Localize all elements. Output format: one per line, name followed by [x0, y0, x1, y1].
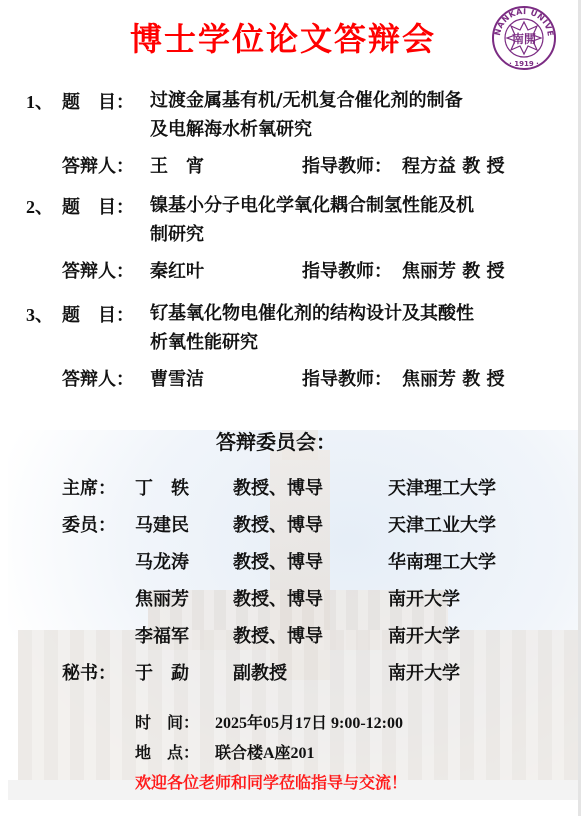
- poster-page: 博士学位论文答辩会 NANKAI UNIVERSITY · 1919 · 南開 …: [0, 0, 578, 816]
- member-name: 于 勐: [135, 659, 189, 685]
- welcome-message: 欢迎各位老师和同学莅临指导与交流！: [135, 770, 407, 793]
- member-org: 华南理工大学: [388, 548, 496, 574]
- member-title: 教授、博导: [233, 474, 323, 500]
- member-title: 教授、博导: [233, 585, 323, 611]
- topic-line-2: 制研究: [150, 220, 540, 249]
- member-org: 天津理工大学: [388, 474, 496, 500]
- time-label: 时 间：: [135, 710, 215, 733]
- advisor-name: 程方益 教 授: [402, 152, 505, 178]
- topic-line-2: 及电解海水析氧研究: [150, 115, 540, 144]
- topic-line-1: 镍基小分子电化学氧化耦合制氢性能及机: [150, 191, 540, 220]
- member-org: 天津工业大学: [388, 511, 496, 537]
- member-title: 教授、博导: [233, 622, 323, 648]
- advisor-label: 指导教师：: [302, 257, 392, 283]
- place-label: 地 点：: [135, 740, 215, 763]
- thesis-number: 1、: [26, 88, 53, 114]
- member-name: 焦丽芳: [135, 585, 189, 611]
- page-title: 博士学位论文答辩会: [130, 14, 436, 60]
- thesis-number: 2、: [26, 193, 53, 219]
- topic-label: 题 目：: [62, 301, 134, 327]
- defender-name: 王 宵: [150, 152, 204, 178]
- member-role: 秘书：: [62, 659, 116, 685]
- poster-content: 博士学位论文答辩会 NANKAI UNIVERSITY · 1919 · 南開 …: [0, 0, 578, 816]
- place-value: 联合楼A座201: [215, 740, 315, 763]
- member-name: 丁 轶: [135, 474, 189, 500]
- defender-label: 答辩人：: [62, 152, 134, 178]
- defender-label: 答辩人：: [62, 365, 134, 391]
- svg-text:· 1919 ·: · 1919 ·: [509, 60, 539, 68]
- defender-label: 答辩人：: [62, 257, 134, 283]
- member-org: 南开大学: [388, 659, 460, 685]
- svg-text:南開: 南開: [512, 31, 536, 46]
- advisor-name: 焦丽芳 教 授: [402, 365, 505, 391]
- topic-line-2: 析氧性能研究: [150, 328, 540, 357]
- member-title: 教授、博导: [233, 548, 323, 574]
- advisor-label: 指导教师：: [302, 365, 392, 391]
- topic-label: 题 目：: [62, 193, 134, 219]
- advisor-label: 指导教师：: [302, 152, 392, 178]
- advisor-name: 焦丽芳 教 授: [402, 257, 505, 283]
- member-name: 马建民: [135, 511, 189, 537]
- topic-line-1: 钌基氧化物电催化剂的结构设计及其酸性: [150, 299, 540, 328]
- member-role: 委员：: [62, 511, 116, 537]
- thesis-topic: 钌基氧化物电催化剂的结构设计及其酸性 析氧性能研究: [150, 299, 540, 357]
- thesis-number: 3、: [26, 301, 53, 327]
- member-title: 教授、博导: [233, 511, 323, 537]
- member-org: 南开大学: [388, 622, 460, 648]
- member-name: 李福军: [135, 622, 189, 648]
- time-value: 2025年05月17日 9:00-12:00: [215, 710, 403, 733]
- defender-name: 曹雪洁: [150, 365, 204, 391]
- committee-heading: 答辩委员会：: [216, 426, 336, 455]
- member-role: 主席：: [62, 474, 116, 500]
- nankai-university-seal-icon: NANKAI UNIVERSITY · 1919 · 南開: [490, 4, 558, 72]
- member-org: 南开大学: [388, 585, 460, 611]
- member-title: 副教授: [233, 659, 287, 685]
- thesis-topic: 过渡金属基有机/无机复合催化剂的制备 及电解海水析氧研究: [150, 86, 540, 144]
- topic-line-1: 过渡金属基有机/无机复合催化剂的制备: [150, 86, 540, 115]
- topic-label: 题 目：: [62, 88, 134, 114]
- member-name: 马龙涛: [135, 548, 189, 574]
- defender-name: 秦红叶: [150, 257, 204, 283]
- thesis-topic: 镍基小分子电化学氧化耦合制氢性能及机 制研究: [150, 191, 540, 249]
